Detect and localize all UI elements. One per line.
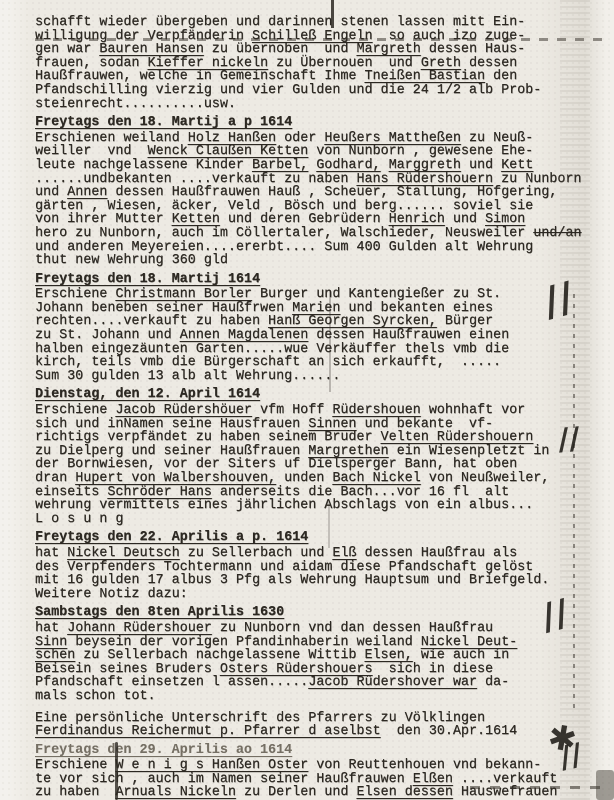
scan-artifact-fold-line-middle [329,290,331,392]
text-line: Johann beneben seiner Haußfrwen Marien u… [35,302,595,316]
text-segment: thut new Wehrung 360 gld [35,253,228,268]
text-line: des Verpfenders Tochtermann und aidam di… [35,561,595,575]
scan-artifact-bottom-dashed-line [470,786,600,789]
text-segment: da- [477,675,509,690]
entry-paragraph: Erschiene W e n i g s Hanßen Oster von R… [35,759,595,800]
text-line: Erschiene W e n i g s Hanßen Oster von R… [35,759,595,773]
text-line: Freytags den 18. Martij a p 1614 [35,116,595,130]
text-line: Erschiene Jacob Rüdershöuer vfm Hoff Rüd… [35,404,595,418]
text-line: Dienstag, den 12. April 1614 [35,388,595,402]
text-line: Freytags den 18. Martij 1614 [35,273,595,287]
text-line: te vor sich , auch im Namen seiner Haußf… [35,773,595,787]
text-line: mals schon tot. [35,690,595,704]
text-line: frauen, sodan Kieffer nickeln zu Übernou… [35,57,595,71]
underlined-name: Freytags den 22. Aprilis a p. 1614 [35,530,308,545]
underlined-name: Arnuals Nickeln [115,785,236,800]
text-line: richtigs verpfändet zu haben seinem Brud… [35,431,595,445]
text-line: weiller vnd Wenck Claußen Ketten von Nun… [35,145,595,159]
entry-paragraph: hat Johann Rüdershouer zu Nunborn vnd da… [35,622,595,704]
entry-paragraph: Eine persönliche Unterschrift des Pfarre… [35,712,595,739]
text-segment: Weitere Notiz dazu: [35,587,188,602]
text-line: Weitere Notiz dazu: [35,588,595,602]
document-page: schafft wieder übergeben und darinnen st… [0,0,614,800]
text-line: Pfandschaft einsetzen l assen.....Jacob … [35,676,595,690]
text-line: hat Johann Rüdershouer zu Nunborn vnd da… [35,622,595,636]
scan-artifact-top-dashed-line [35,38,610,41]
text-line: zu Dielperg und seiner Haußfrauen Margre… [35,445,595,459]
text-line: rechten....verkauft zu haben Hanß George… [35,315,595,329]
text-line: ......undbekanten ....verkauft zu naben … [35,173,595,187]
entry-date-heading: Freytags den 18. Martij a p 1614 [35,116,595,130]
underlined-name: Sambstags den 8ten Aprilis 1630 [35,605,284,620]
text-line: L o s u n g [35,513,595,527]
text-segment: den 30.Apr.1614 [381,724,518,739]
text-line: Ferdinandus Reichermut p. Pfarrer d asel… [35,725,595,739]
entry-paragraph: Erschiene Christmann Borler Burger und K… [35,288,595,383]
underlined-name: Jacob Rüdershover war [308,675,477,690]
scan-artifact-right-dotted-line [573,288,575,708]
text-segment: zu haben [35,785,115,800]
text-line: thut new Wehrung 360 gld [35,254,595,268]
text-line: schen zu Sellerbach nachgelassene Wittib… [35,649,595,663]
text-line: hat Nickel Deutsch zu Sellerbach und Elß… [35,547,595,561]
text-line: steienrecht..........usw. [35,98,595,112]
text-line: leute nachgelassene Kinder Barbel, Godha… [35,159,595,173]
text-line: dran Hupert von Walbershouven, unden Bac… [35,472,595,486]
text-line: Sambstags den 8ten Aprilis 1630 [35,606,595,620]
text-line: Pfandschilling vierzig und vier Gulden u… [35,84,595,98]
text-line: Erschienen weiland Holz Hanßen oder Heuß… [35,132,595,146]
underlined-name: Freytags den 29. Aprilis ao 1614 [35,743,292,758]
text-line: willigung der Verpfänderin Schilleß Enge… [35,30,595,44]
text-line: hero zu Nunborn, auch im Cöllertaler, Wa… [35,227,595,241]
entry-date-heading: Freytags den 18. Martij 1614 [35,273,595,287]
entry-paragraph: schafft wieder übergeben und darinnen st… [35,16,595,111]
entry-date-heading: Freytags den 29. Aprilis ao 1614 [35,744,595,758]
text-line: schafft wieder übergeben und darinnen st… [35,16,595,30]
text-segment: L o s u n g [35,512,123,527]
text-line: Sinn beysein der vorigen Pfandinhaberin … [35,636,595,650]
text-line: wehrung vermittels eines jährlichen Absc… [35,499,595,513]
text-line: der Bornwiesen, vor der Siters uf Dielsp… [35,458,595,472]
text-line: Beisein seines Bruders Osters Rüdershoue… [35,663,595,677]
scan-artifact-right-edge-band [560,0,590,800]
text-line: Eine persönliche Unterschrift des Pfarre… [35,712,595,726]
text-line: Erschiene Christmann Borler Burger und K… [35,288,595,302]
entry-paragraph: Erschiene Jacob Rüdershöuer vfm Hoff Rüd… [35,404,595,526]
underlined-name: Elsen dessen [356,785,452,800]
text-line: Sum 30 gulden 13 alb alt Wehrung...... [35,370,595,384]
text-segment: zu Derlen und [236,785,357,800]
scan-artifact-fold-line-top [331,0,334,28]
text-line: sich und inNamen seine Hausfrauen Sinnen… [35,418,595,432]
text-line: einseits Schröder Hans anderseits die Ba… [35,486,595,500]
text-segment: Sum 30 gulden 13 alb alt Wehrung...... [35,369,340,384]
text-line: von ihrer Mutter Ketten und deren Gebrüd… [35,213,595,227]
text-line: Freytags den 29. Aprilis ao 1614 [35,744,595,758]
document-text: schafft wieder übergeben und darinnen st… [35,14,595,800]
text-line: Haußfrauwen, welche in Gemeinschaft Ihme… [35,70,595,84]
entry-date-heading: Sambstags den 8ten Aprilis 1630 [35,606,595,620]
text-line: gen war Bauren Hansen zu übernoben und M… [35,43,595,57]
text-line: kirch, teils vmb die Bürgerschaft an sic… [35,356,595,370]
entry-date-heading: Dienstag, den 12. April 1614 [35,388,595,402]
entry-paragraph: Erschienen weiland Holz Hanßen oder Heuß… [35,132,595,268]
text-line: und anderen Meyereien....ererbt.... Sum … [35,241,595,255]
scan-artifact-fold-line-bottom [115,742,118,800]
underlined-name: Dienstag, den 12. April 1614 [35,387,260,402]
scan-artifact-fold-line-lower [328,502,330,548]
underlined-name: Freytags den 18. Martij a p 1614 [35,115,292,130]
text-line: und Annen dessen Haußfrauwen Hauß , Sche… [35,186,595,200]
scan-artifact-corner-smudge [596,770,614,800]
text-line: Freytags den 22. Aprilis a p. 1614 [35,531,595,545]
text-segment: steienrecht..........usw. [35,97,236,112]
text-line: mit 16 gulden 17 albus 3 Pfg als Wehrung… [35,574,595,588]
entry-paragraph: hat Nickel Deutsch zu Sellerbach und Elß… [35,547,595,601]
text-line: halben eingezäunten Garten.....wue Verkä… [35,343,595,357]
underlined-name: Freytags den 18. Martij 1614 [35,272,260,287]
underlined-name: Ferdinandus Reichermut p. Pfarrer d asel… [35,724,381,739]
text-line: gärten , Wiesen, äcker, Veld , Bösch und… [35,200,595,214]
entry-date-heading: Freytags den 22. Aprilis a p. 1614 [35,531,595,545]
text-segment: mals schon tot. [35,689,156,704]
text-line: zu St. Johann und Annen Magdalenen desse… [35,329,595,343]
